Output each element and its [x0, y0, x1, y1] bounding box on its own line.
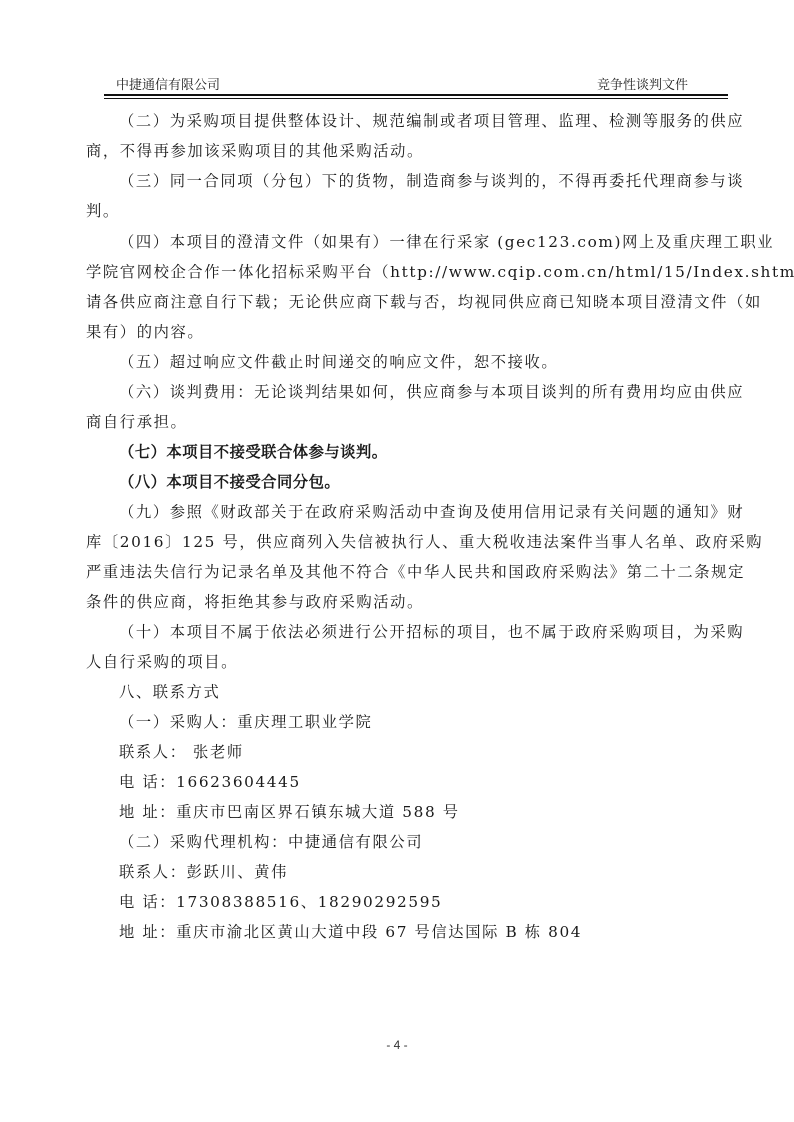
paragraph-line: 电 话：17308388516、18290292595 [119, 890, 442, 914]
paragraph-line: （六）谈判费用：无论谈判结果如何，供应商参与本项目谈判的所有费用均应由供应 [119, 380, 744, 404]
page-number: - 4 - [0, 1038, 794, 1052]
paragraph-line: 八、联系方式 [119, 680, 220, 704]
paragraph-line: 学院官网校企合作一体化招标采购平台（http://www.cqip.com.cn… [86, 260, 794, 284]
paragraph-line: （五）超过响应文件截止时间递交的响应文件，恕不接收。 [119, 350, 558, 374]
paragraph-line: 商自行承担。 [86, 410, 187, 434]
paragraph-line: 库〔2016〕125 号，供应商列入失信被执行人、重大税收违法案件当事人名单、政… [86, 530, 763, 554]
paragraph-line: 请各供应商注意自行下载；无论供应商下载与否，均视同供应商已知晓本项目澄清文件（如 [86, 290, 762, 314]
paragraph-line: 电 话：16623604445 [119, 770, 301, 794]
paragraph-line: （八）本项目不接受合同分包。 [119, 470, 340, 494]
document-page: 中捷通信有限公司 竞争性谈判文件 （二）为采购项目提供整体设计、规范编制或者项目… [0, 0, 794, 1122]
paragraph-line: （四）本项目的澄清文件（如果有）一律在行采家 (gec123.com)网上及重庆… [119, 230, 774, 254]
header-company-name: 中捷通信有限公司 [116, 74, 220, 93]
paragraph-line: （十）本项目不属于依法必须进行公开招标的项目，也不属于政府采购项目，为采购 [119, 620, 744, 644]
paragraph-line: （三）同一合同项（分包）下的货物，制造商参与谈判的，不得再委托代理商参与谈 [119, 169, 744, 193]
paragraph-line: （二）为采购项目提供整体设计、规范编制或者项目管理、监理、检测等服务的供应 [119, 109, 744, 133]
paragraph-line: （七）本项目不接受联合体参与谈判。 [119, 440, 388, 464]
paragraph-line: （二）采购代理机构：中捷通信有限公司 [119, 830, 423, 854]
header-rule-thick [104, 94, 728, 96]
paragraph-line: 判。 [86, 199, 120, 223]
header-double-rule [104, 94, 728, 99]
paragraph-line: 联系人： 张老师 [119, 740, 244, 764]
paragraph-line: 人自行采购的项目。 [86, 650, 238, 674]
paragraph-line: （九）参照《财政部关于在政府采购活动中查询及使用信用记录有关问题的通知》财 [119, 500, 744, 524]
paragraph-line: 严重违法失信行为记录名单及其他不符合《中华人民共和国政府采购法》第二十二条规定 [86, 560, 745, 584]
header-document-title: 竞争性谈判文件 [597, 74, 688, 93]
paragraph-line: 商，不得再参加该采购项目的其他采购活动。 [86, 139, 424, 163]
page-header: 中捷通信有限公司 竞争性谈判文件 [104, 72, 700, 92]
paragraph-line: 条件的供应商，将拒绝其参与政府采购活动。 [86, 590, 424, 614]
paragraph-line: 地 址：重庆市巴南区界石镇东城大道 588 号 [119, 800, 460, 824]
header-rule-thin [104, 98, 728, 99]
paragraph-line: （一）采购人：重庆理工职业学院 [119, 710, 372, 734]
paragraph-line: 果有）的内容。 [86, 320, 204, 344]
paragraph-line: 地 址：重庆市渝北区黄山大道中段 67 号信达国际 B 栋 804 [119, 920, 582, 944]
paragraph-line: 联系人：彭跃川、黄伟 [119, 860, 288, 884]
